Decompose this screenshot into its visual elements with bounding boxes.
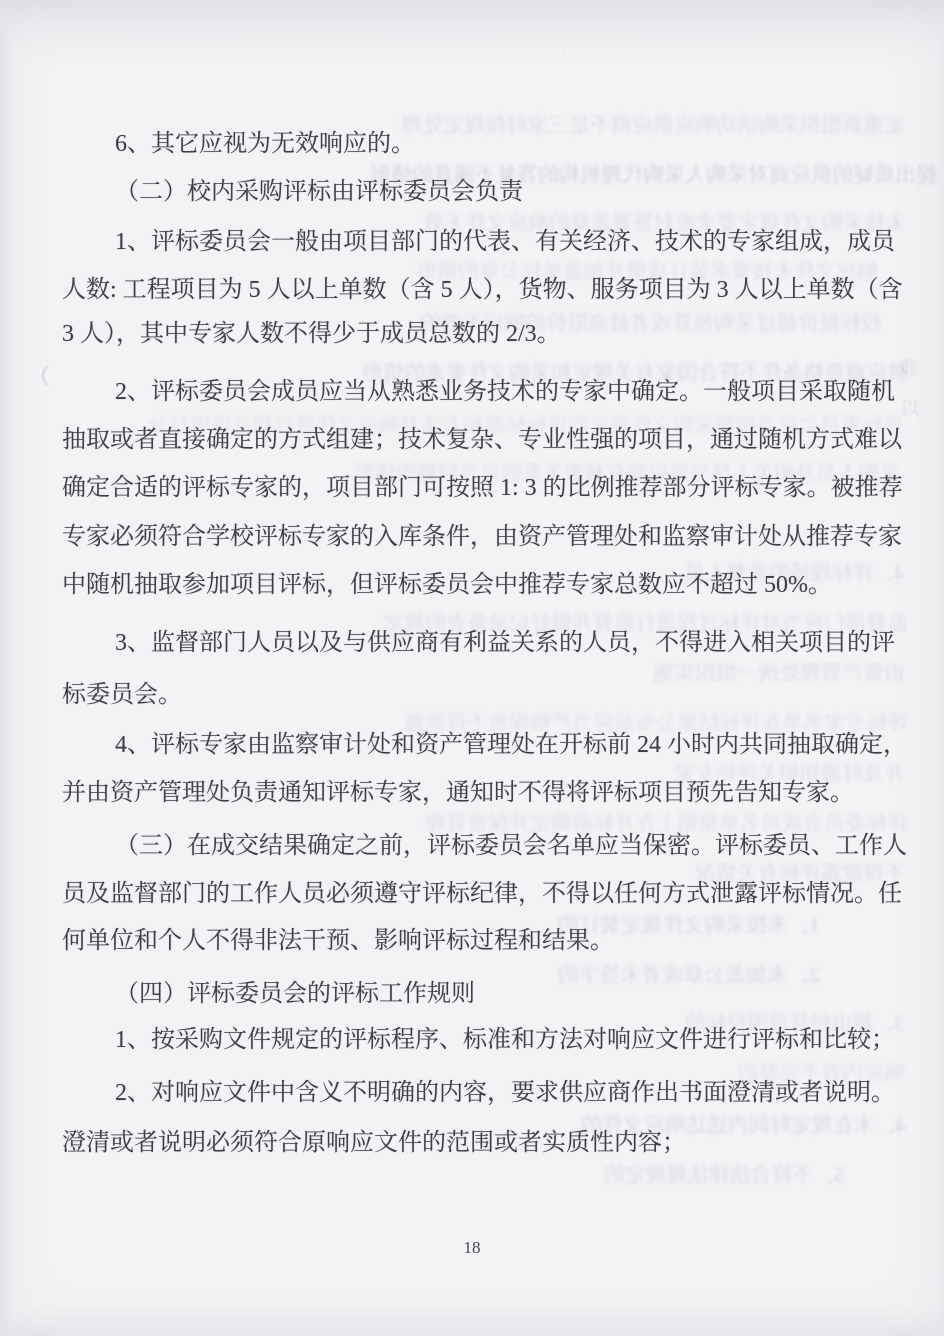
text-line: 1、评标委员会一般由项目部门的代表、有关经济、技术的专家组成，成员: [115, 218, 895, 266]
text-line: 并由资产管理处负责通知评标专家，通知时不得将评标项目预先告知专家。: [62, 769, 854, 817]
text-line: 人数: 工程项目为 5 人以上单数（含 5 人），货物、服务项目为 3 人以上单…: [62, 266, 903, 314]
text-line: 澄清或者说明必须符合原响应文件的范围或者实质性内容；: [62, 1119, 686, 1167]
text-line: 2、对响应文件中含义不明确的内容，要求供应商作出书面澄清或者说明。: [115, 1069, 895, 1117]
text-line: 专家必须符合学校评标专家的入库条件，由资产管理处和监察审计处从推荐专家: [62, 513, 902, 561]
scan-speck: 难: [898, 352, 918, 381]
text-line: （四）评标委员会的评标工作规则: [115, 970, 475, 1018]
text-line: 何单位和个人不得非法干预、影响评标过程和结果。: [62, 917, 614, 965]
text-line: 中随机抽取参加项目评标，但评标委员会中推荐专家总数应不超过 50%。: [62, 561, 832, 609]
bleedthrough-line: 定重新组织采购活动响应供应商不足三家时按规定处理: [330, 110, 905, 140]
scan-speck: ∶: [910, 944, 914, 961]
text-line: 2、评标委员会成员应当从熟悉业务技术的专家中确定。一般项目采取随机: [115, 368, 895, 416]
text-line: （三）在成交结果确定之前，评标委员会名单应当保密。评标委员、工作人: [115, 822, 907, 870]
scan-speck: ∙∙ ∙: [548, 44, 566, 65]
text-line: 4、评标专家由监察审计处和资产管理处在开标前 24 小时内共同抽取确定，: [115, 721, 907, 769]
scan-speck: 以: [900, 392, 920, 421]
text-line: 1、按采购文件规定的评标程序、标准和方法对响应文件进行评标和比较；: [115, 1016, 895, 1064]
page-number: 18: [0, 1236, 944, 1260]
text-line: 标委员会。: [62, 671, 182, 719]
text-line: 3、监督部门人员以及与供应商有利益关系的人员，不得进入相关项目的评: [115, 619, 895, 667]
scanned-page: 定重新组织采购活动响应供应商不足三家时按规定处理提出质疑的供应商对采购人采购代理…: [0, 0, 944, 1336]
text-line: 确定合适的评标专家的，项目部门可按照 1: 3 的比例推荐部分评标专家。被推荐: [62, 464, 903, 512]
scan-speck: （: [28, 360, 50, 391]
text-line: 抽取或者直接确定的方式组建；技术复杂、专业性强的项目，通过随机方式难以: [62, 416, 902, 464]
text-line: 3 人），其中专家人数不得少于成员总数的 2/3。: [62, 310, 561, 358]
text-line: 6、其它应视为无效响应的。: [115, 120, 415, 168]
text-line: 员及监督部门的工作人员必须遵守评标纪律，不得以任何方式泄露评标情况。任: [62, 870, 902, 918]
text-line: （二）校内采购评标由评标委员会负责: [115, 168, 523, 216]
